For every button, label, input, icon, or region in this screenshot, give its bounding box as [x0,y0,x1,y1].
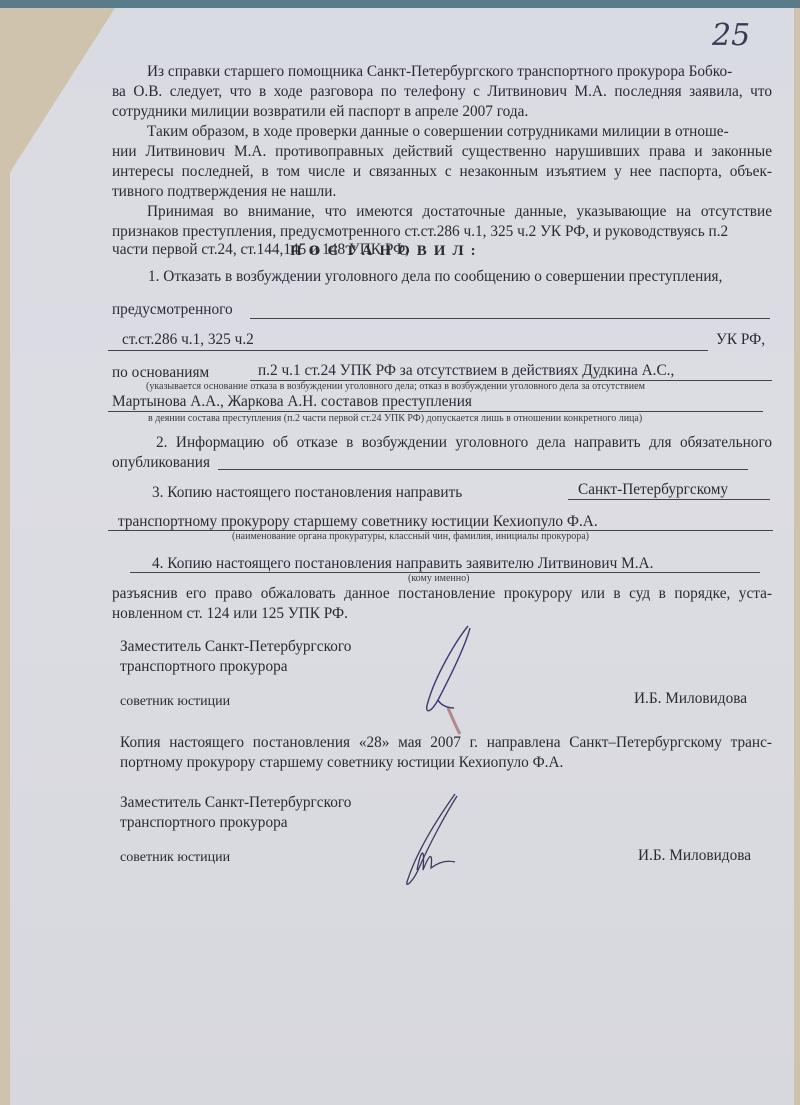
item1-provided-line [250,318,770,319]
item1-grounds-underline2 [108,411,763,412]
page-number: 25 [712,18,750,53]
item1-articles: ст.ст.286 ч.1, 325 ч.2 [122,330,254,350]
intro-p2-line4: тивного подтверждения не нашли. [112,182,336,202]
scan-top-edge [0,0,800,8]
item3-recipient1-line [568,499,770,500]
intro-p2-line2: нии Литвинович М.А. противоправных дейст… [112,142,772,162]
item2-underline [218,469,748,470]
sig2-name: И.Б. Миловидова [638,846,751,866]
sig1-position2: транспортного прокурора [120,657,288,677]
sig1-rank: советник юстиции [120,692,230,712]
intro-p3-line1: Принимая во внимание, что имеются достат… [147,202,772,222]
item1-grounds-line2: Мартынова А.А., Жаркова А.Н. составов пр… [112,392,472,412]
item4-explain1: разъяснив его право обжаловать данное по… [112,584,772,604]
item4-explain2: новленном ст. 124 или 125 УПК РФ. [112,604,348,624]
item1-hint1: (указывается основание отказа в возбужде… [146,381,645,392]
copy-note-line2: портному прокурору старшему советнику юс… [120,753,563,773]
item1-articles-line [108,350,708,351]
resolution-title: ПОСТАНОВИЛ: [290,243,483,260]
intro-p1-line2: ва О.В. следует, что в ходе разговора по… [112,82,772,102]
item2-text2: опубликования [112,453,210,473]
intro-p2-line3: интересы последней, в том числе и связан… [112,162,772,182]
sig1-position1: Заместитель Санкт-Петербургского [120,637,351,657]
sig2-rank: советник юстиции [120,848,230,868]
intro-p1-line1: Из справки старшего помощника Санкт-Пете… [147,62,772,82]
item1-hint2: в деянии состава преступления (п.2 части… [148,413,642,424]
sig2-position1: Заместитель Санкт-Петербургского [120,793,351,813]
item1-grounds-line1: п.2 ч.1 ст.24 УПК РФ за отсутствием в де… [258,361,674,381]
item1-uk-rf: УК РФ, [716,330,765,350]
item3-recipient2: транспортному прокурору старшему советни… [118,512,598,532]
intro-p1-line3: сотрудники милиции возвратили ей паспорт… [112,102,528,122]
sig2-position2: транспортного прокурора [120,813,288,833]
intro-p2-line1: Таким образом, в ходе проверки данные о … [147,122,729,142]
copy-note-line1: Копия настоящего постановления «28» мая … [120,733,772,753]
item1-grounds-label: по основаниям [112,363,209,383]
item4-hint: (кому именно) [408,573,469,584]
item2-text: 2. Информацию об отказе в возбуждении уг… [156,433,772,453]
folded-corner [0,8,115,188]
sig1-name: И.Б. Миловидова [634,689,747,709]
intro-p3-line2: признаков преступления, предусмотренного… [112,222,728,242]
item4-text: 4. Копию настоящего постановления направ… [152,554,653,574]
item1-text: 1. Отказать в возбуждении уголовного дел… [148,267,722,287]
item3-hint: (наименование органа прокуратуры, классн… [232,531,589,542]
item1-provided-label: предусмотренного [112,300,233,320]
item3-recipient1: Санкт-Петербургскому [578,480,728,500]
item3-text: 3. Копию настоящего постановления направ… [152,483,462,503]
